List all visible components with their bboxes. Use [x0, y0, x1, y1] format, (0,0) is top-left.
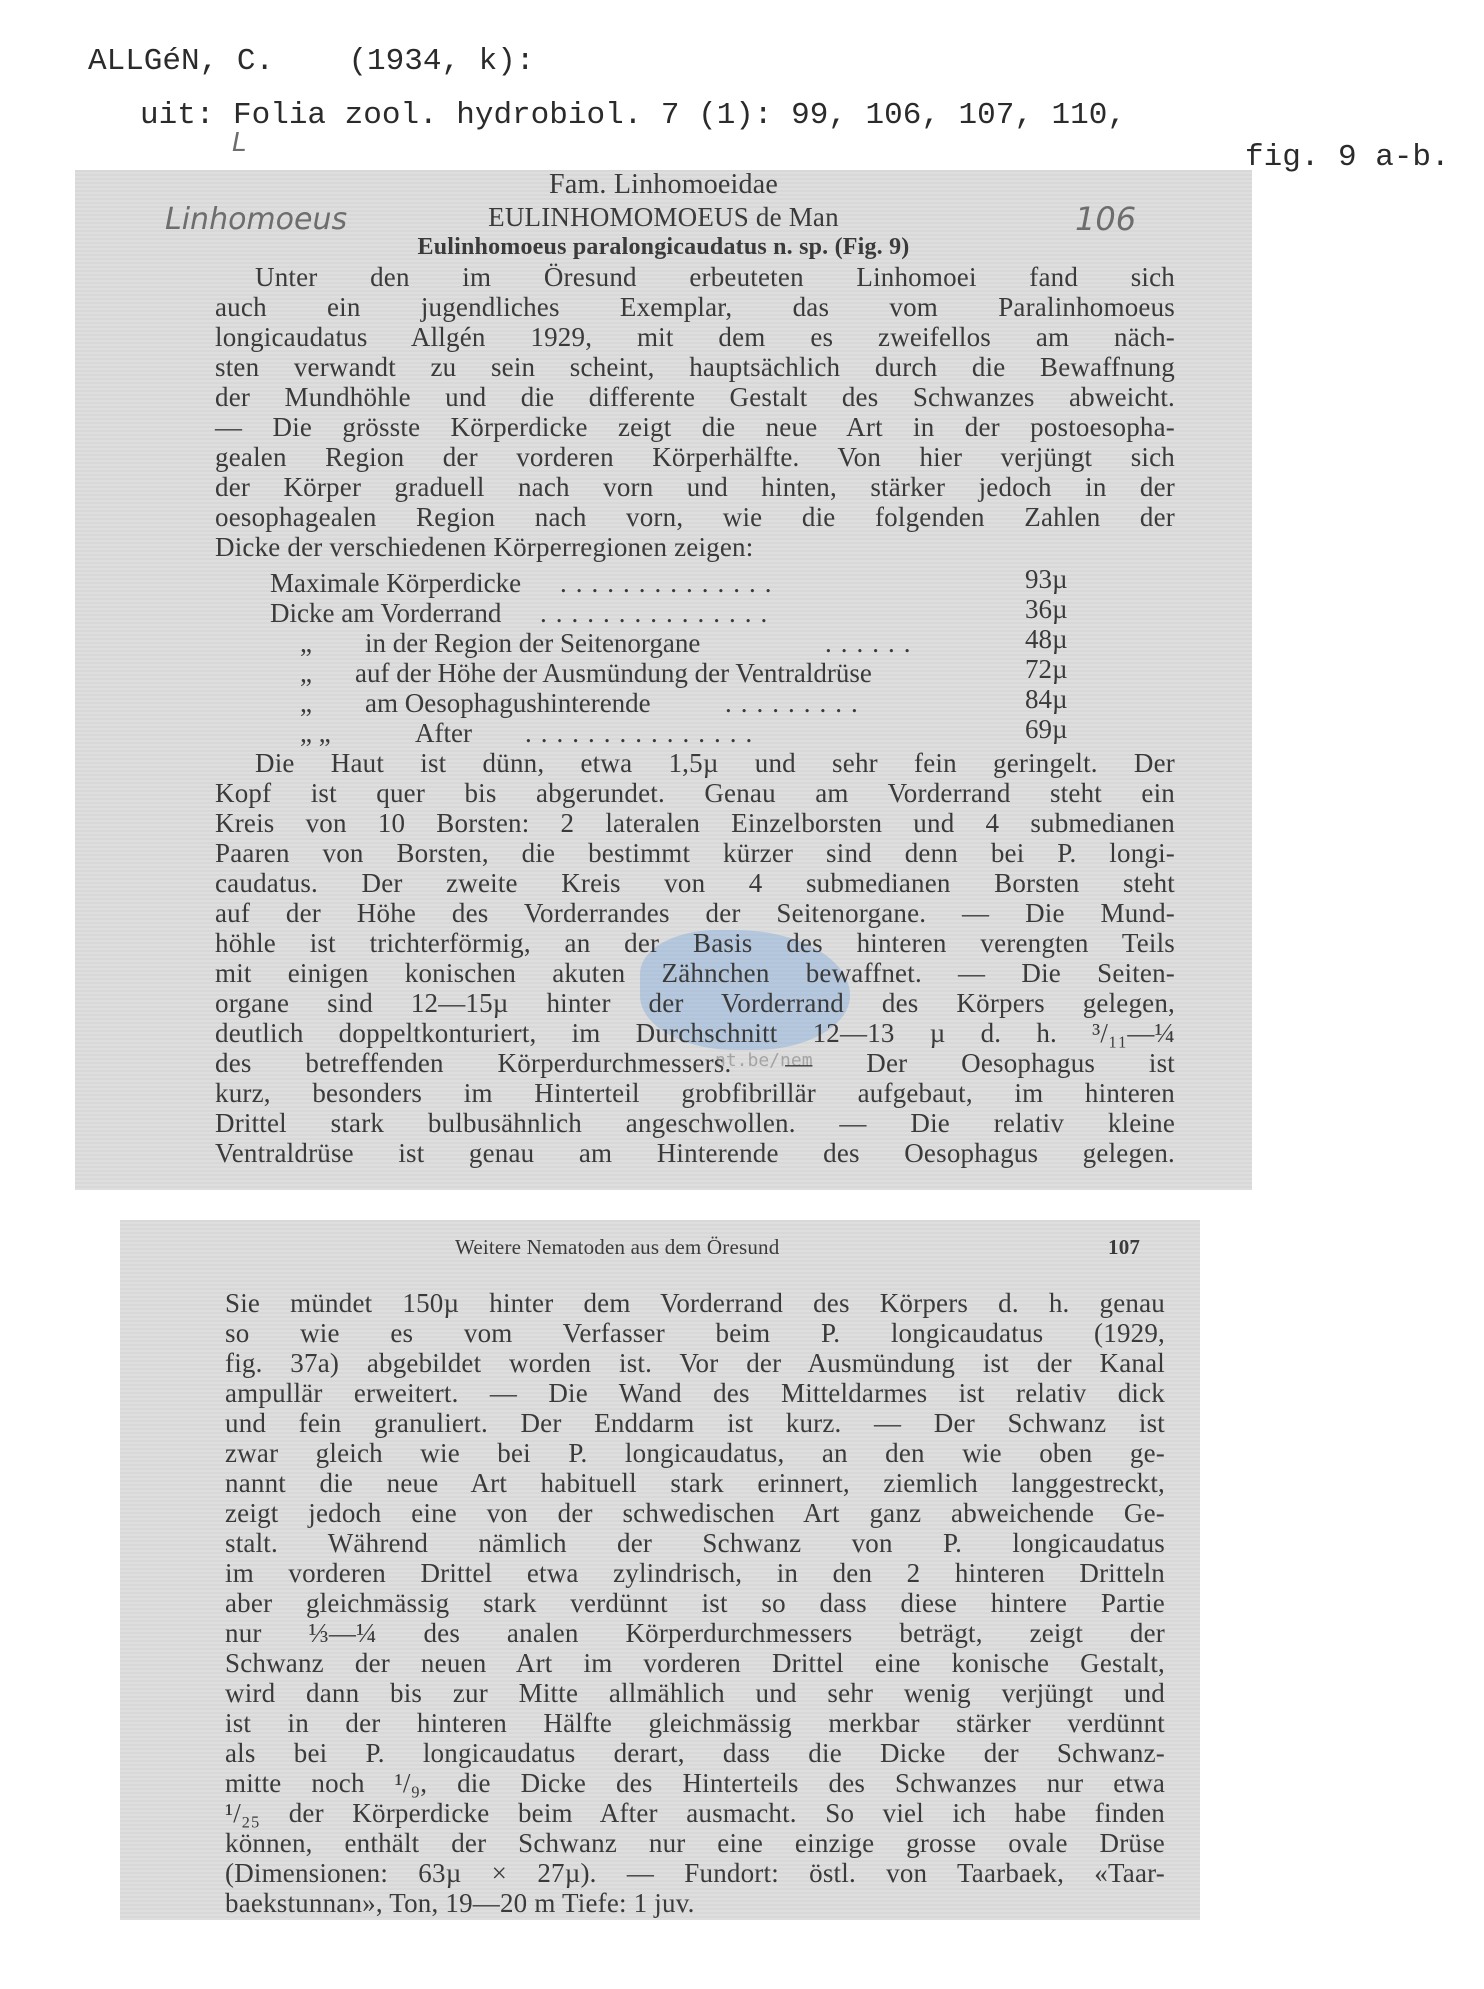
text-line: des betreffenden Körperdurchmessers. — D…	[215, 1048, 1175, 1078]
text-line: organe sind 12—15µ hinter der Vorderrand…	[215, 988, 1175, 1018]
text-line: nannt die neue Art habituell stark erinn…	[225, 1468, 1165, 1498]
text-line: Kreis von 10 Borsten: 2 lateralen Einzel…	[215, 808, 1175, 838]
text-line: (Dimensionen: 63µ × 27µ). — Fundort: öst…	[225, 1858, 1165, 1888]
text-line: auch ein jugendliches Exemplar, das vom …	[215, 292, 1175, 322]
page-number: 107	[1108, 1232, 1200, 1262]
measurement-value: 48µ	[1025, 624, 1068, 655]
text-line: kurz, besonders im Hinterteil grobfibril…	[215, 1078, 1175, 1108]
text-line: baekstunnan», Ton, 19—20 m Tiefe: 1 juv.	[225, 1888, 1165, 1918]
text-line: als bei P. longicaudatus derart, dass di…	[225, 1738, 1165, 1768]
ditto-mark: „	[300, 658, 312, 688]
text-line: sten verwandt zu sein scheint, hauptsäch…	[215, 352, 1175, 382]
text-line: auf der Höhe des Vorderrandes der Seiten…	[215, 898, 1175, 928]
ditto-mark: „ „	[300, 718, 331, 748]
source-citation: uit: Folia zool. hydrobiol. 7 (1): 99, 1…	[140, 98, 1126, 133]
text-line: der Mundhöhle und die differente Gestalt…	[215, 382, 1175, 412]
text-line: Sie mündet 150µ hinter dem Vorderrand de…	[225, 1288, 1165, 1318]
measurement-value: 72µ	[1025, 654, 1068, 685]
text-line: caudatus. Der zweite Kreis von 4 submedi…	[215, 868, 1175, 898]
handwritten-mark: L	[232, 128, 247, 158]
ditto-mark: „	[300, 628, 312, 658]
text-line: Unter den im Öresund erbeuteten Linhomoe…	[215, 262, 1175, 292]
running-head: Weitere Nematoden aus dem Öresund	[455, 1232, 1200, 1262]
text-line: Kopf ist quer bis abgerundet. Genau am V…	[215, 778, 1175, 808]
text-line: nur ⅓—¼ des analen Körperdurchmessers be…	[225, 1618, 1165, 1648]
leader-dots: ......	[825, 628, 1010, 659]
leader-dots: ...............	[525, 718, 1010, 749]
text-line: stalt. Während nämlich der Schwanz von P…	[225, 1528, 1165, 1558]
text-line: ¹/₂₅ der Körperdicke beim After ausmacht…	[225, 1798, 1165, 1828]
text-line: der Körper graduell nach vorn und hinten…	[215, 472, 1175, 502]
text-line: gealen Region der vorderen Körperhälfte.…	[215, 442, 1175, 472]
measurement-label: auf der Höhe der Ausmündung der Ventrald…	[355, 658, 872, 688]
text-line: im vorderen Drittel etwa zylindrisch, in…	[225, 1558, 1165, 1588]
text-line: können, enthält der Schwanz nur eine ein…	[225, 1828, 1165, 1858]
text-line: wird dann bis zur Mitte allmählich und s…	[225, 1678, 1165, 1708]
measurement-value: 36µ	[1025, 594, 1068, 625]
text-line: ist in der hinteren Hälfte gleichmässig …	[225, 1708, 1165, 1738]
text-line: Drittel stark bulbusähnlich angeschwolle…	[215, 1108, 1175, 1138]
text-line: Ventraldrüse ist genau am Hinterende des…	[215, 1138, 1175, 1168]
measurement-value: 93µ	[1025, 564, 1068, 595]
text-line: so wie es vom Verfasser beim P. longicau…	[225, 1318, 1165, 1348]
genus-heading: EULINHOMOMOEUS de Man	[75, 202, 1252, 232]
measurement-value: 69µ	[1025, 714, 1068, 745]
measurement-label: am Oesophagushinterende	[365, 688, 651, 718]
leader-dots: ..............	[560, 568, 1010, 599]
text-line: oesophagealen Region nach vorn, wie die …	[215, 502, 1175, 532]
text-line: zwar gleich wie bei P. longicaudatus, an…	[225, 1438, 1165, 1468]
measurement-value: 84µ	[1025, 684, 1068, 715]
text-line: höhle ist trichterförmig, an der Basis d…	[215, 928, 1175, 958]
text-line: deutlich doppeltkonturiert, im Durchschn…	[215, 1018, 1175, 1048]
clipping-page-107: Weitere Nematoden aus dem Öresund 107 Si…	[120, 1220, 1200, 1920]
text-line: fig. 37a) abgebildet worden ist. Vor der…	[225, 1348, 1165, 1378]
text-line: ampullär erweitert. — Die Wand des Mitte…	[225, 1378, 1165, 1408]
text-line: — Die grösste Körperdicke zeigt die neue…	[215, 412, 1175, 442]
leader-dots: .........	[725, 688, 1010, 719]
measurement-label: in der Region der Seitenorgane	[365, 628, 700, 658]
author-citation: ALLGéN, C. (1934, k):	[88, 44, 534, 79]
text-line: Dicke der verschiedenen Körperregionen z…	[215, 532, 1175, 562]
family-heading: Fam. Linhomoeidae	[75, 170, 1252, 200]
measurement-label: Maximale Körperdicke	[270, 568, 521, 598]
measurements-table: Maximale Körperdicke .............. 93µ …	[270, 568, 1170, 758]
clipping-page-106: nt.be/nem Linhomoeus 106 Fam. Linhomoeid…	[75, 170, 1252, 1190]
text-line: Paaren von Borsten, die bestimmt kürzer …	[215, 838, 1175, 868]
text-line: longicaudatus Allgén 1929, mit dem es zw…	[215, 322, 1175, 352]
text-line: Schwanz der neuen Art im vorderen Dritte…	[225, 1648, 1165, 1678]
leader-dots: ...............	[540, 598, 1010, 629]
text-line: zeigt jedoch eine von der schwedischen A…	[225, 1498, 1165, 1528]
text-line: und fein granuliert. Der Enddarm ist kur…	[225, 1408, 1165, 1438]
measurement-label: After	[415, 718, 472, 748]
figure-reference: fig. 9 a-b.	[1245, 140, 1450, 175]
text-line: mit einigen konischen akuten Zähnchen be…	[215, 958, 1175, 988]
text-line: mitte noch ¹/₉, die Dicke des Hinterteil…	[225, 1768, 1165, 1798]
text-line: Die Haut ist dünn, etwa 1,5µ und sehr fe…	[215, 748, 1175, 778]
measurement-label: Dicke am Vorderrand	[270, 598, 501, 628]
ditto-mark: „	[300, 688, 312, 718]
species-heading: Eulinhomoeus paralongicaudatus n. sp. (F…	[75, 232, 1252, 262]
text-line: aber gleichmässig stark verdünnt ist so …	[225, 1588, 1165, 1618]
